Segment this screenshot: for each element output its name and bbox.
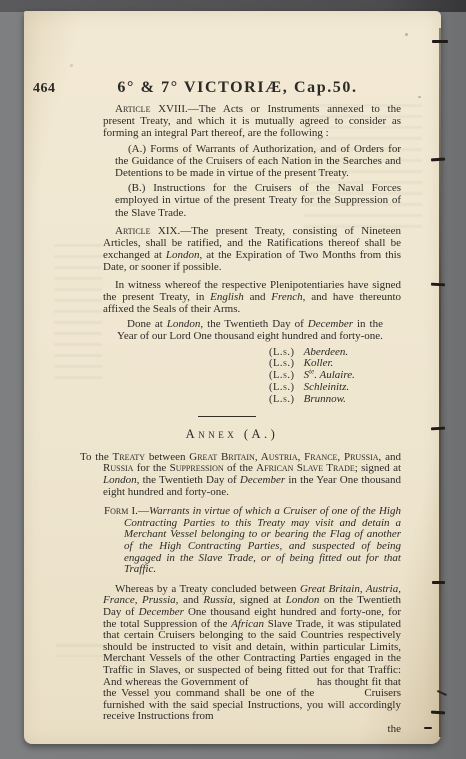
whereas-paragraph: Whereas by a Treaty concluded between Gr… <box>103 584 401 723</box>
show-through-texture <box>304 101 422 236</box>
page-header: 464 6° & 7° VICTORIÆ, Cap.50. <box>24 79 441 101</box>
book-page: 464 6° & 7° VICTORIÆ, Cap.50. Article XV… <box>24 11 441 744</box>
seal-label: (L.s.) <box>269 371 301 382</box>
signatory-name: Aberdeen. <box>304 346 349 358</box>
catchword: the <box>103 723 401 735</box>
signatory-name: Ste. Aulaire. <box>304 369 355 381</box>
seal-label: (L.s.) <box>269 383 301 394</box>
page-edge-mark <box>432 581 445 584</box>
witness-paragraph: In witness whereof the respective Plenip… <box>103 279 401 316</box>
done-at-paragraph: Done at London, the Twentieth Day of Dec… <box>117 318 383 342</box>
foxing-spot <box>405 33 408 36</box>
running-title: 6° & 7° VICTORIÆ, Cap.50. <box>64 79 411 97</box>
page-edge-mark <box>431 158 445 162</box>
page-edge-mark <box>424 727 432 729</box>
page-edge-line <box>439 28 441 737</box>
annex-heading: Annex (A.) <box>103 428 361 440</box>
signatory-name: Schleinitz. <box>304 381 350 393</box>
show-through-texture <box>54 241 102 381</box>
section-divider-rule <box>198 416 256 417</box>
signatory-name: Brunnow. <box>304 393 346 405</box>
page-number: 464 <box>33 81 56 97</box>
page-edge-mark <box>432 40 448 43</box>
form-i-paragraph: Form I.—Warrants in virtue of which a Cr… <box>124 506 401 576</box>
signatures-block: (L.s.) Aberdeen. (L.s.) Koller. (L.s.) S… <box>269 347 401 406</box>
page-edge-mark <box>431 427 445 431</box>
seal-label: (L.s.) <box>269 359 301 370</box>
foxing-spot <box>418 96 421 98</box>
scanned-book-photo: 464 6° & 7° VICTORIÆ, Cap.50. Article XV… <box>0 0 466 759</box>
signature-row: (L.s.) Brunnow. <box>269 394 401 406</box>
show-through-texture <box>56 641 128 657</box>
signature-row: (L.s.) Aberdeen. <box>269 347 401 359</box>
seal-label: (L.s.) <box>269 348 301 359</box>
foxing-spot <box>70 64 73 67</box>
annex-intro-paragraph: To the Treaty between Great Britain, Aus… <box>103 452 401 498</box>
seal-label: (L.s.) <box>269 395 301 406</box>
